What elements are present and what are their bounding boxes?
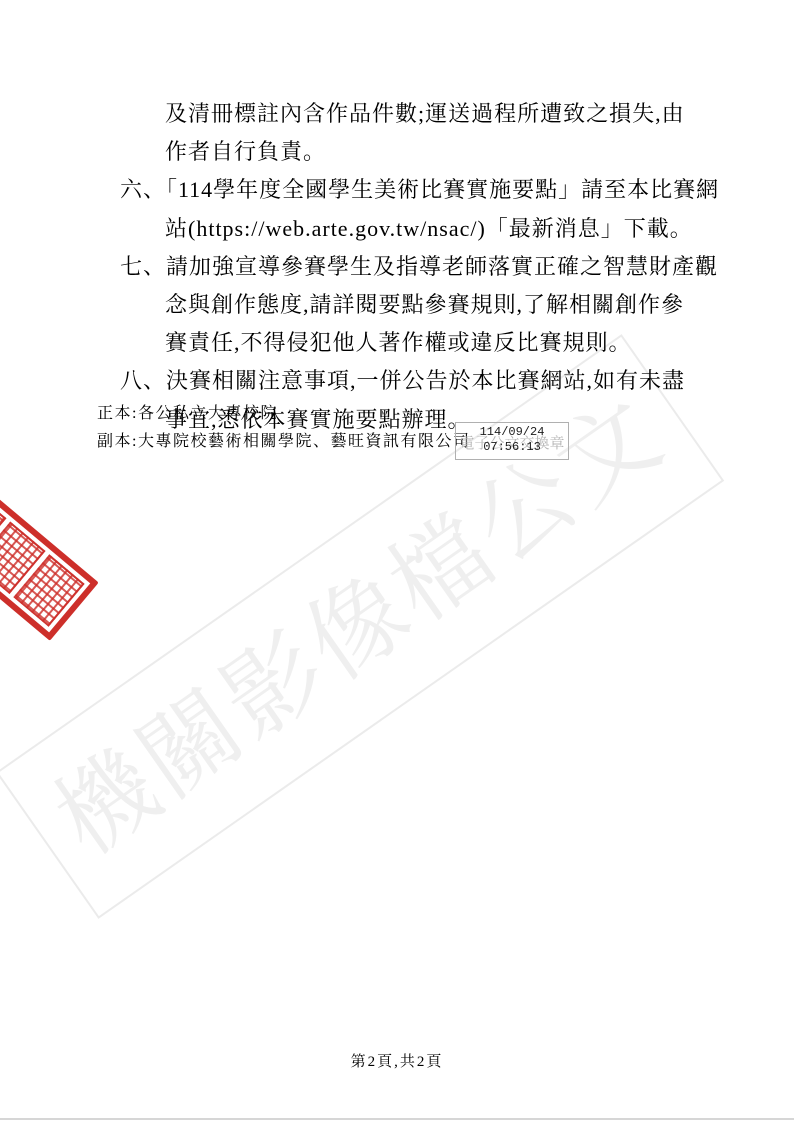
document-page: 機關影像檔公文 及清冊標註內含作品件數;運送過程所遭致之損失,由 作者自行負責。… — [0, 0, 794, 1123]
official-red-seal — [0, 441, 99, 641]
body-line-4: 站(https://web.arte.gov.tw/nsac/)「最新消息」下載… — [0, 210, 794, 248]
recipient-block: 正本:各公私立大專校院 副本:大專院校藝術相關學院、藝旺資訊有限公司 — [97, 400, 470, 455]
cc-copy-line: 副本:大專院校藝術相關學院、藝旺資訊有限公司 — [97, 428, 470, 456]
body-line-5-item-7: 七、請加強宣導參賽學生及指導老師落實正確之智慧財產觀 — [0, 248, 794, 286]
archive-watermark-text: 機關影像檔公文 — [40, 382, 681, 871]
seal-script-glyph — [0, 488, 6, 561]
exchange-stamp-date: 114/09/24 — [456, 425, 568, 440]
body-line-1: 及清冊標註內含作品件數;運送過程所遭致之損失,由 — [0, 95, 794, 133]
body-line-8-item-8: 八、決賽相關注意事項,一併公告於本比賽網站,如有未盡 — [0, 362, 794, 400]
body-line-3-item-6: 六、「114學年度全國學生美術比賽實施要點」請至本比賽網 — [0, 171, 794, 209]
body-text: 及清冊標註內含作品件數;運送過程所遭致之損失,由 作者自行負責。 六、「114學… — [0, 95, 794, 439]
exchange-stamp-time: 07:56:13 — [456, 440, 568, 455]
page-bottom-edge — [0, 1118, 794, 1120]
electronic-exchange-stamp: 電子公文交換章 114/09/24 07:56:13 — [455, 422, 569, 460]
body-line-6: 念與創作態度,請詳閱要點參賽規則,了解相關創作參 — [0, 286, 794, 324]
body-line-7: 賽責任,不得侵犯他人著作權或違反比賽規則。 — [0, 324, 794, 362]
exchange-stamp-datetime: 114/09/24 07:56:13 — [456, 425, 568, 455]
seal-script-glyph — [0, 521, 45, 594]
seal-script-glyph — [13, 554, 84, 627]
page-number-footer: 第2頁,共2頁 — [0, 1050, 794, 1071]
body-line-2: 作者自行負責。 — [0, 133, 794, 171]
original-copy-line: 正本:各公私立大專校院 — [97, 400, 470, 428]
